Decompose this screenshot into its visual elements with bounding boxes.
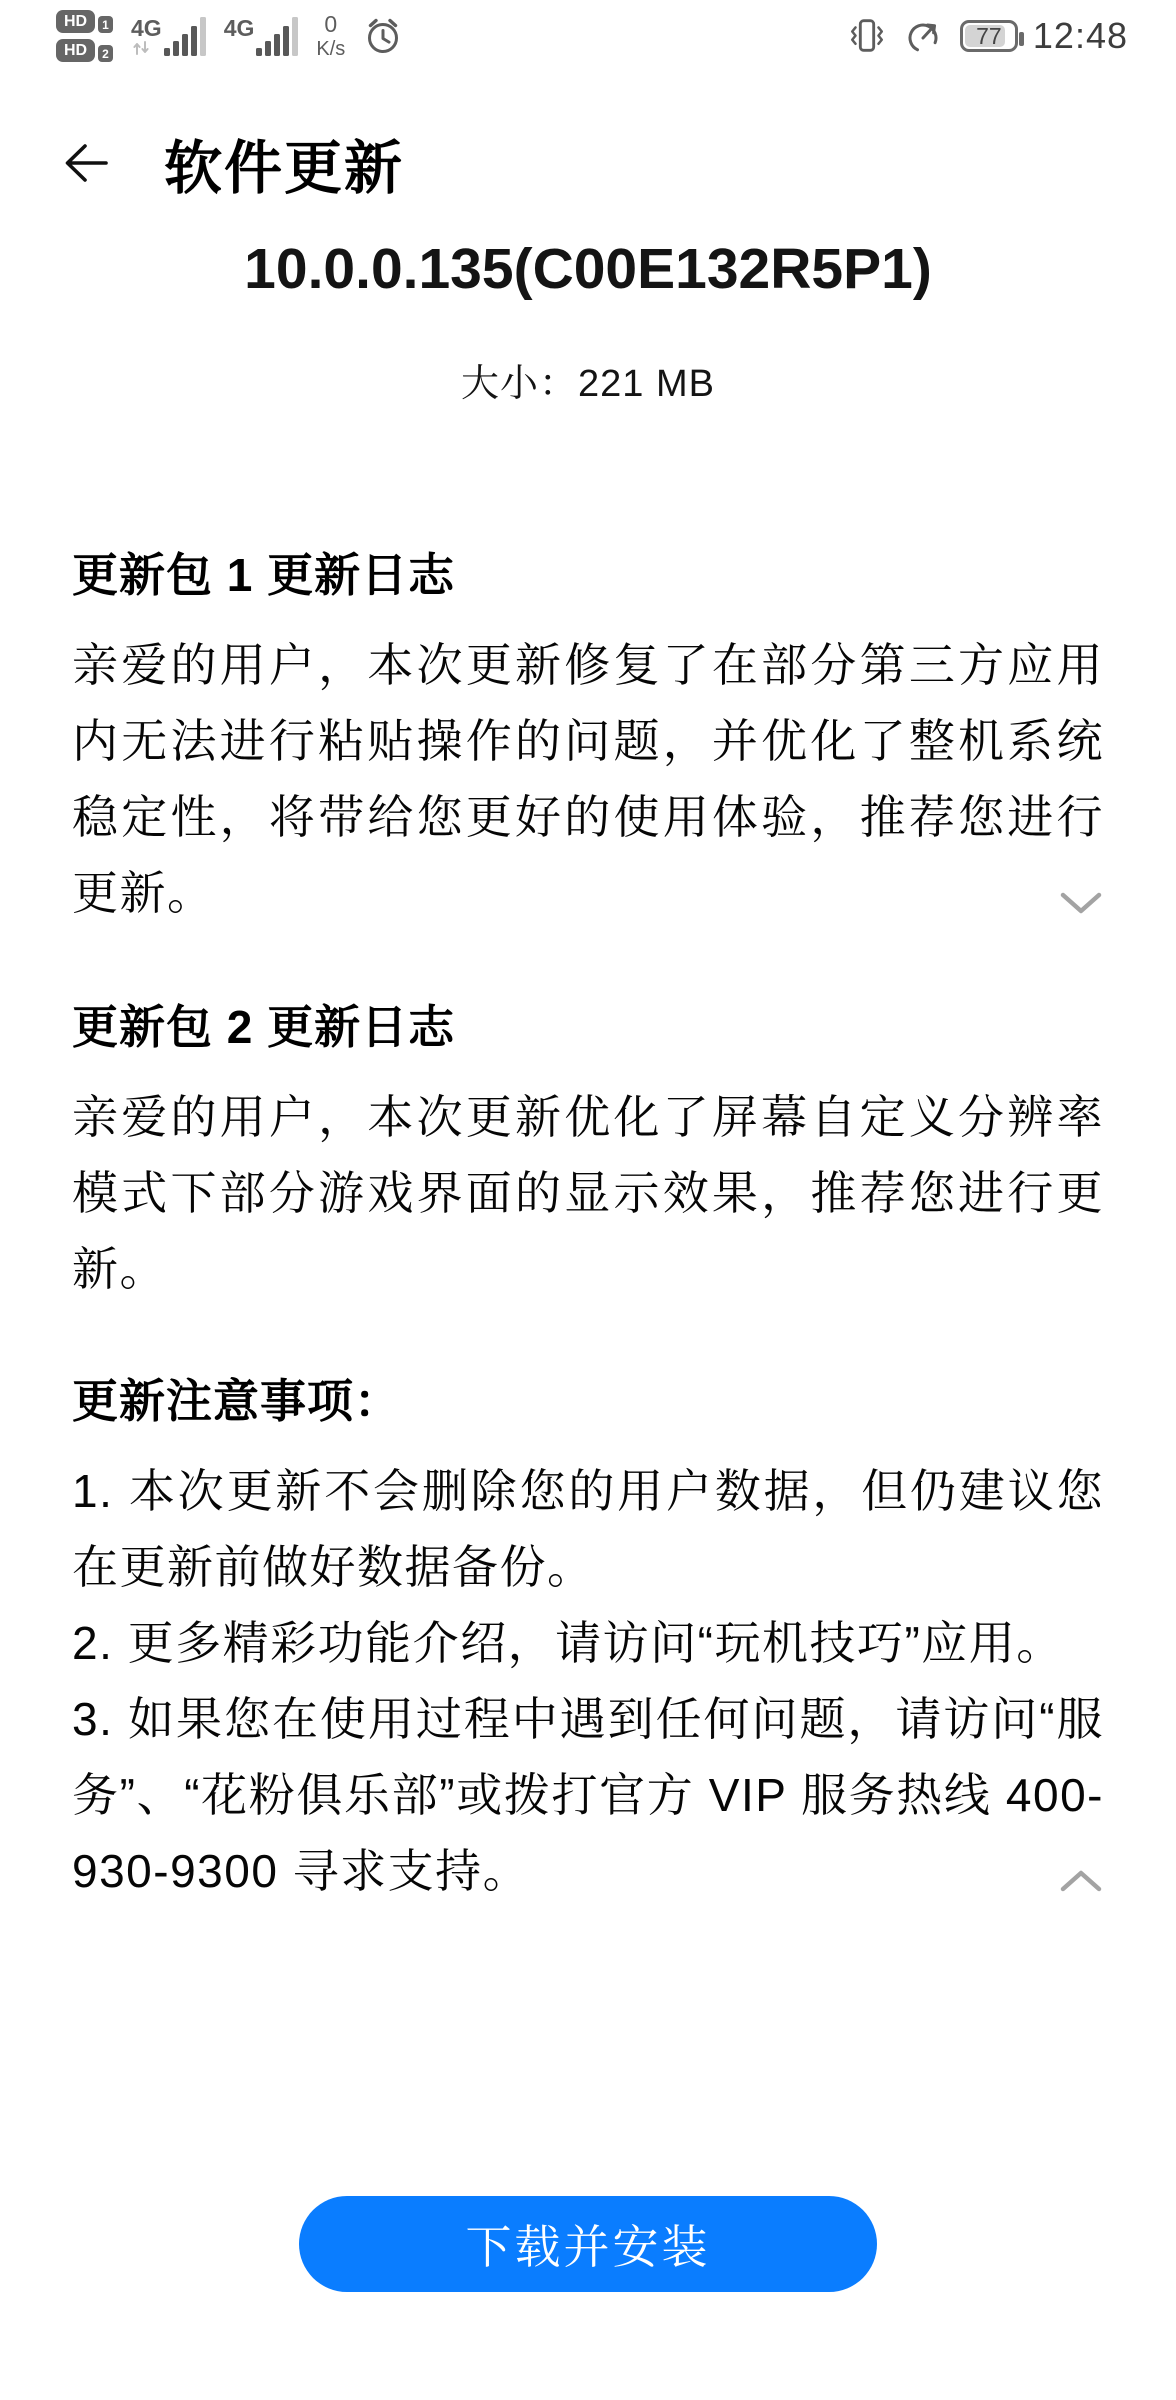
section1-text: 亲爱的用户，本次更新修复了在部分第三方应用内无法进行粘贴操作的问题，并优化了整机…	[72, 639, 1104, 919]
network-speed: 0 K/s	[316, 12, 345, 59]
note-item-3: 3. 如果您在使用过程中遇到任何问题，请访问“服务”、“花粉俱乐部”或拨打官方 …	[72, 1681, 1104, 1909]
section2-heading: 更新包 2 更新日志	[72, 997, 1104, 1057]
hd-sim1-icon: HD 1	[56, 10, 113, 33]
alarm-clock-icon	[363, 15, 403, 57]
sim1-number: 1	[98, 16, 113, 33]
sim2-number: 2	[98, 45, 113, 62]
update-version: 10.0.0.135(C00E132R5P1)	[0, 236, 1176, 302]
section3-heading: 更新注意事项：	[72, 1371, 1104, 1431]
sim2-signal: 4G	[224, 16, 299, 56]
hd-sim2-icon: HD 2	[56, 39, 113, 62]
chevron-down-icon[interactable]	[1058, 889, 1104, 917]
page-title: 软件更新	[164, 121, 404, 205]
chevron-up-icon[interactable]	[1058, 1867, 1104, 1895]
changelog-content: 更新包 1 更新日志 亲爱的用户，本次更新修复了在部分第三方应用内无法进行粘贴操…	[72, 545, 1104, 1909]
sim1-signal: 4G	[131, 16, 206, 56]
hd-label: HD	[56, 39, 95, 62]
volte-hd-badges: HD 1 HD 2	[56, 10, 113, 62]
clock: 12:48	[1033, 15, 1128, 57]
data-arrows-icon	[131, 40, 151, 56]
section1-body: 亲爱的用户，本次更新修复了在部分第三方应用内无法进行粘贴操作的问题，并优化了整机…	[72, 627, 1104, 931]
performance-mode-icon	[903, 16, 945, 56]
battery-percent: 77	[963, 23, 1015, 49]
signal-bars-icon	[164, 16, 206, 56]
update-size: 大小：221 MB	[0, 352, 1176, 407]
section2-text: 亲爱的用户，本次更新优化了屏幕自定义分辨率模式下部分游戏界面的显示效果，推荐您进…	[72, 1091, 1104, 1295]
section1-heading: 更新包 1 更新日志	[72, 545, 1104, 605]
note-item-2: 2. 更多精彩功能介绍，请访问“玩机技巧”应用。	[72, 1605, 1104, 1681]
vibrate-icon	[846, 16, 888, 56]
back-arrow-icon[interactable]	[62, 141, 110, 185]
hd-label: HD	[56, 10, 95, 33]
software-update-screen: HD 1 HD 2 4G	[0, 0, 1176, 2400]
sim1-network-label: 4G	[131, 17, 162, 40]
sim2-network-label: 4G	[224, 17, 255, 40]
speed-unit: K/s	[316, 38, 345, 60]
battery-icon: 77	[960, 20, 1018, 52]
status-bar: HD 1 HD 2 4G	[0, 6, 1176, 66]
download-install-button[interactable]: 下载并安装	[299, 2196, 877, 2292]
speed-value: 0	[324, 12, 337, 37]
section2-body: 亲爱的用户，本次更新优化了屏幕自定义分辨率模式下部分游戏界面的显示效果，推荐您进…	[72, 1079, 1104, 1307]
status-bar-left: HD 1 HD 2 4G	[56, 10, 403, 62]
note-item-1: 1. 本次更新不会删除您的用户数据，但仍建议您在更新前做好数据备份。	[72, 1453, 1104, 1605]
status-bar-right: 77 12:48	[846, 15, 1128, 57]
update-notes-list: 1. 本次更新不会删除您的用户数据，但仍建议您在更新前做好数据备份。 2. 更多…	[72, 1453, 1104, 1909]
app-header: 软件更新	[0, 124, 1176, 202]
battery-tip	[1019, 32, 1024, 46]
signal-bars-icon	[256, 16, 298, 56]
